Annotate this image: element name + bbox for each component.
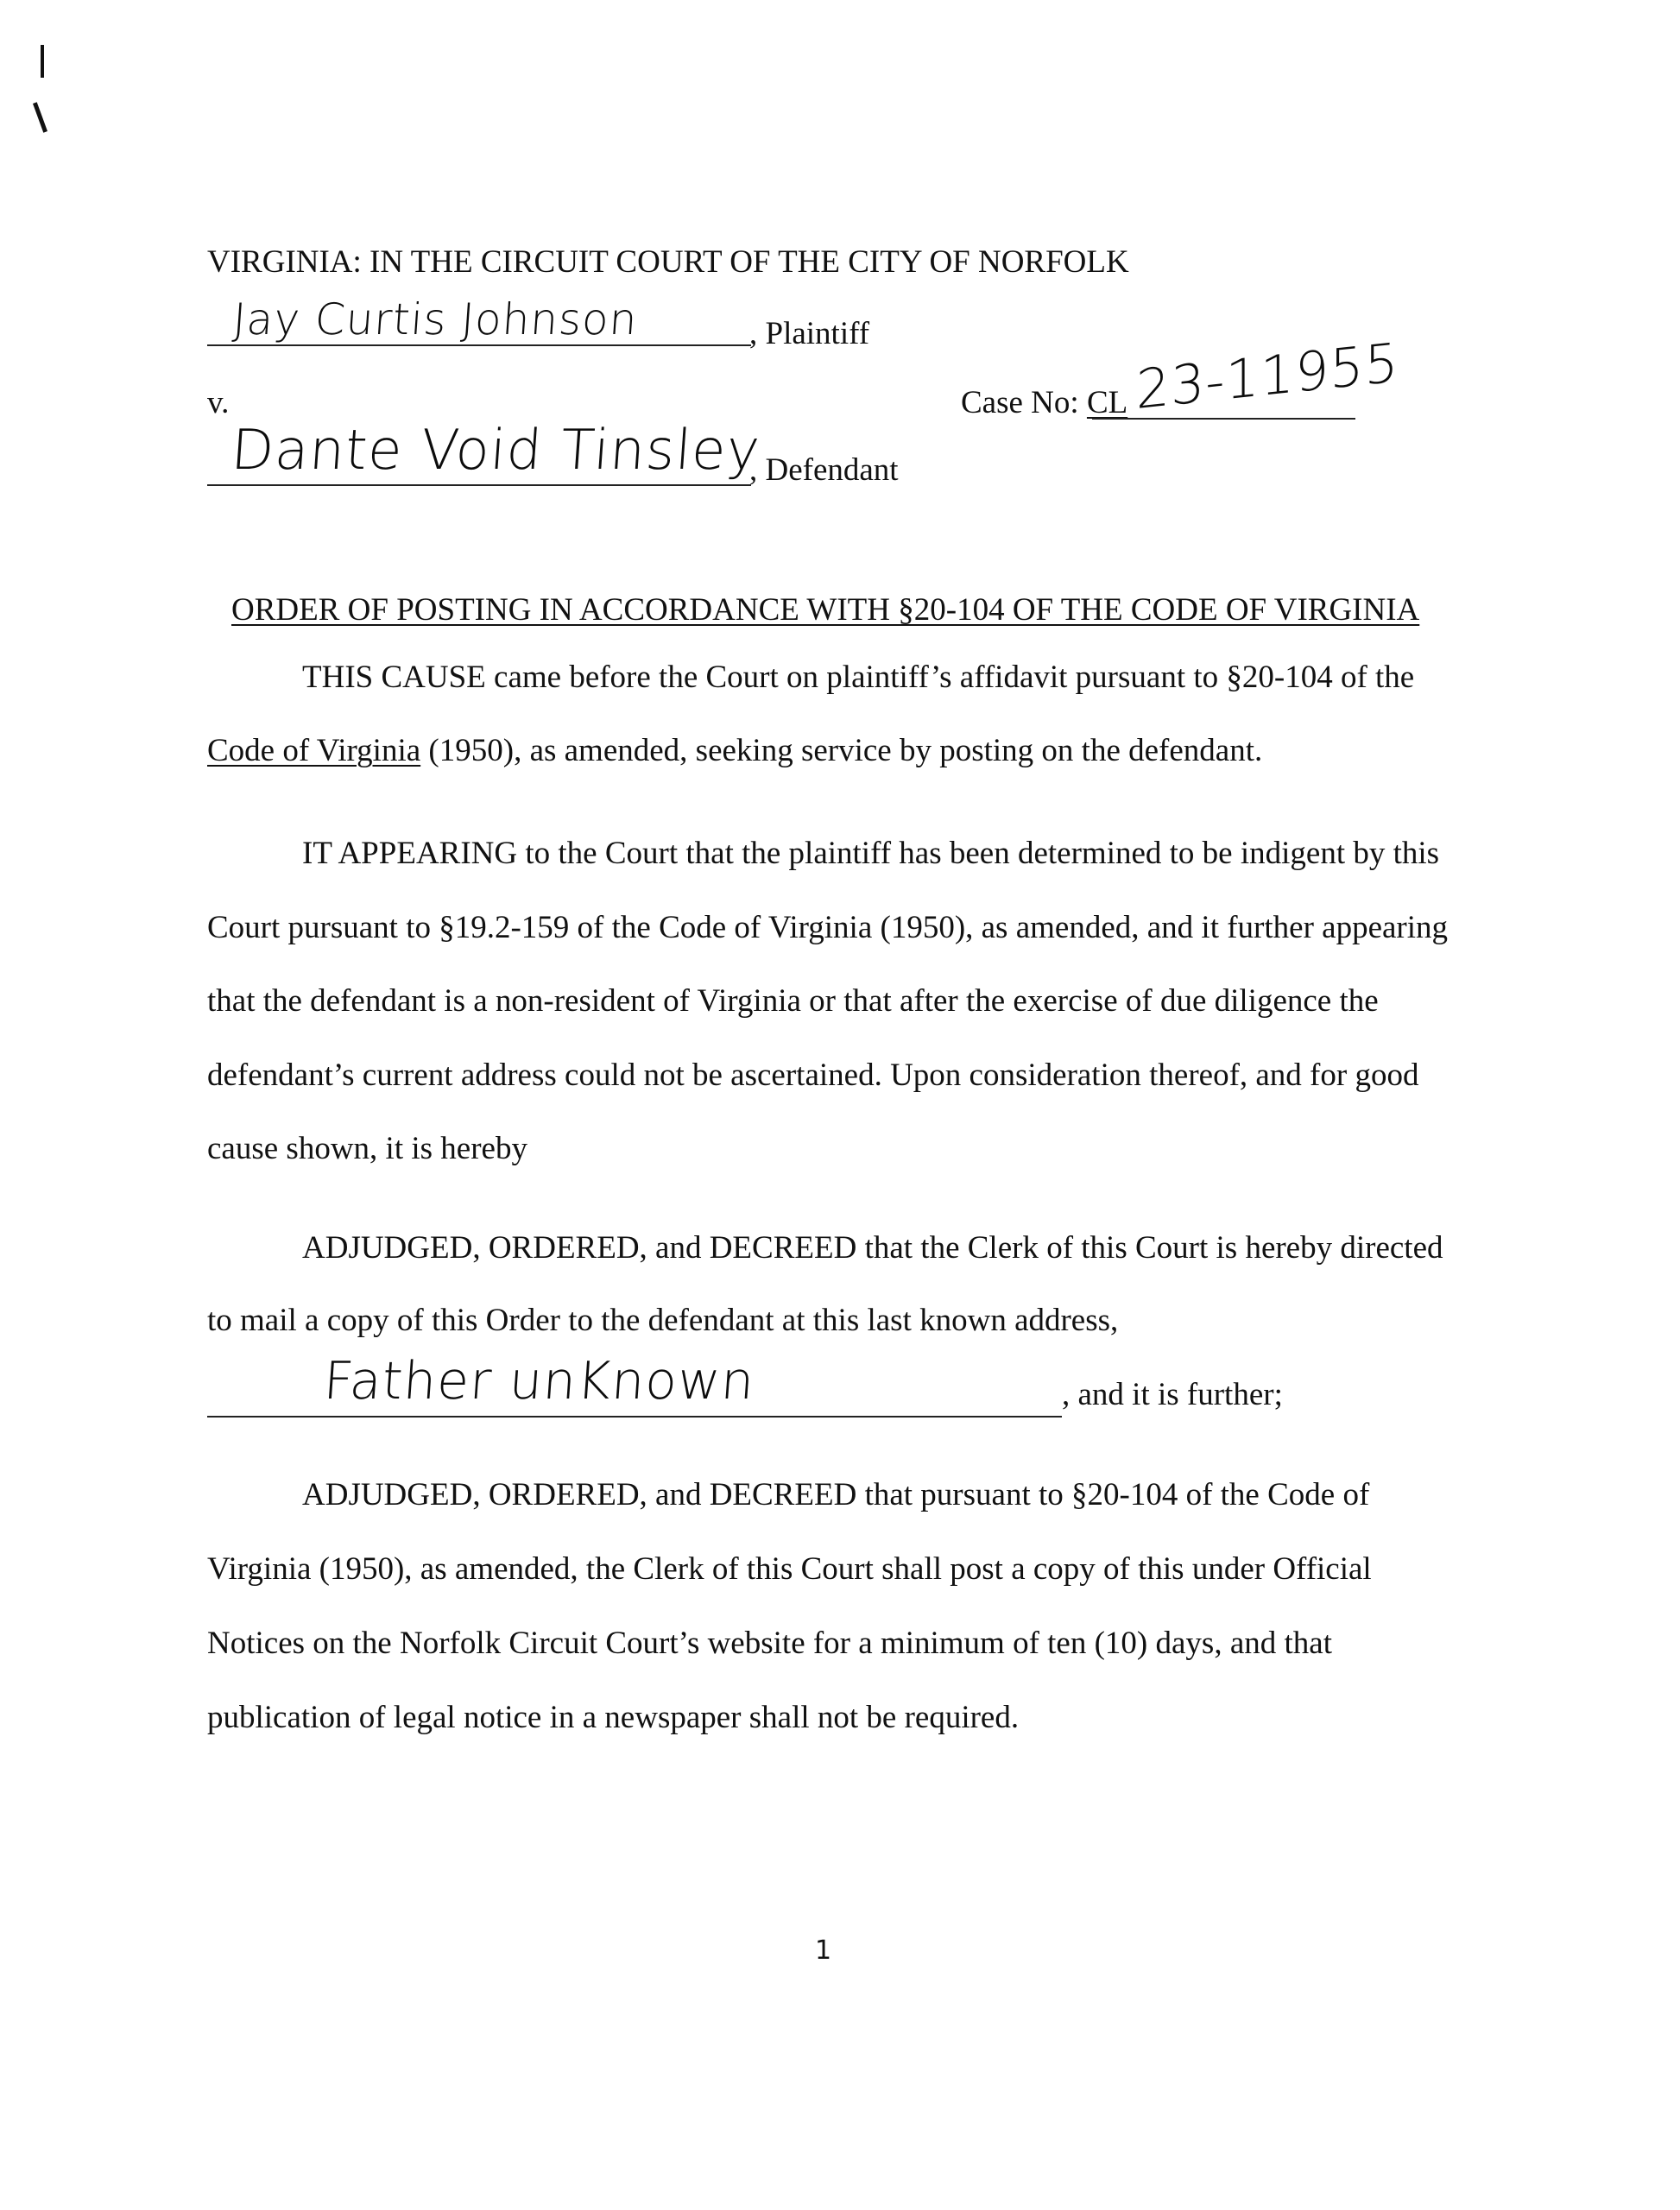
paragraph2-line: Court pursuant to §19.2-159 of the Code … (207, 912, 1448, 944)
case-number: Case No: CL (961, 387, 1127, 419)
defendant-label: , Defendant (749, 454, 899, 486)
paragraph2-line: that the defendant is a non-resident of … (207, 985, 1379, 1017)
plaintiff-name: Jay Curtis Johnson (231, 298, 639, 341)
paragraph3-line2: to mail a copy of this Order to the defe… (207, 1304, 1118, 1336)
paragraph2-line: cause shown, it is hereby (207, 1133, 527, 1165)
scan-artifact (33, 102, 47, 133)
plaintiff-label: , Plaintiff (749, 318, 869, 350)
paragraph4-line: publication of legal notice in a newspap… (207, 1702, 1019, 1733)
paragraph3-line3-suffix: , and it is further; (1062, 1379, 1283, 1411)
paragraph4-line: ADJUDGED, ORDERED, and DECREED that purs… (302, 1479, 1369, 1511)
paragraph4-line: Notices on the Norfolk Circuit Court’s w… (207, 1627, 1332, 1659)
defendant-name: Dante Void Tinsley (230, 423, 762, 478)
case-number-prefix: CL (1087, 385, 1127, 420)
paragraph1-line1: THIS CAUSE came before the Court on plai… (302, 661, 1414, 693)
paragraph1-line2: Code of Virginia (1950), as amended, see… (207, 735, 1262, 767)
paragraph1-line2-rest: (1950), as amended, seeking service by p… (420, 733, 1262, 768)
defendant-line (207, 484, 751, 486)
court-header: VIRGINIA: IN THE CIRCUIT COURT OF THE CI… (207, 246, 1129, 278)
paragraph2-line: IT APPEARING to the Court that the plain… (302, 837, 1439, 869)
address-line (207, 1416, 1062, 1418)
case-number-label: Case No: (961, 385, 1087, 420)
defendant-address: Father unKnown (322, 1355, 756, 1407)
paragraph2-line: defendant’s current address could not be… (207, 1059, 1418, 1091)
code-of-virginia-citation: Code of Virginia (207, 733, 420, 768)
case-number-line (1092, 418, 1355, 420)
case-number-value: 23-11955 (1136, 336, 1399, 417)
scan-artifact (41, 45, 44, 78)
page-number: 1 (815, 1935, 831, 1966)
document-title: ORDER OF POSTING IN ACCORDANCE WITH §20-… (231, 594, 1419, 626)
versus: v. (207, 387, 229, 419)
plaintiff-line (207, 344, 751, 346)
paragraph4-line: Virginia (1950), as amended, the Clerk o… (207, 1553, 1372, 1585)
paragraph3-line1: ADJUDGED, ORDERED, and DECREED that the … (302, 1232, 1443, 1264)
